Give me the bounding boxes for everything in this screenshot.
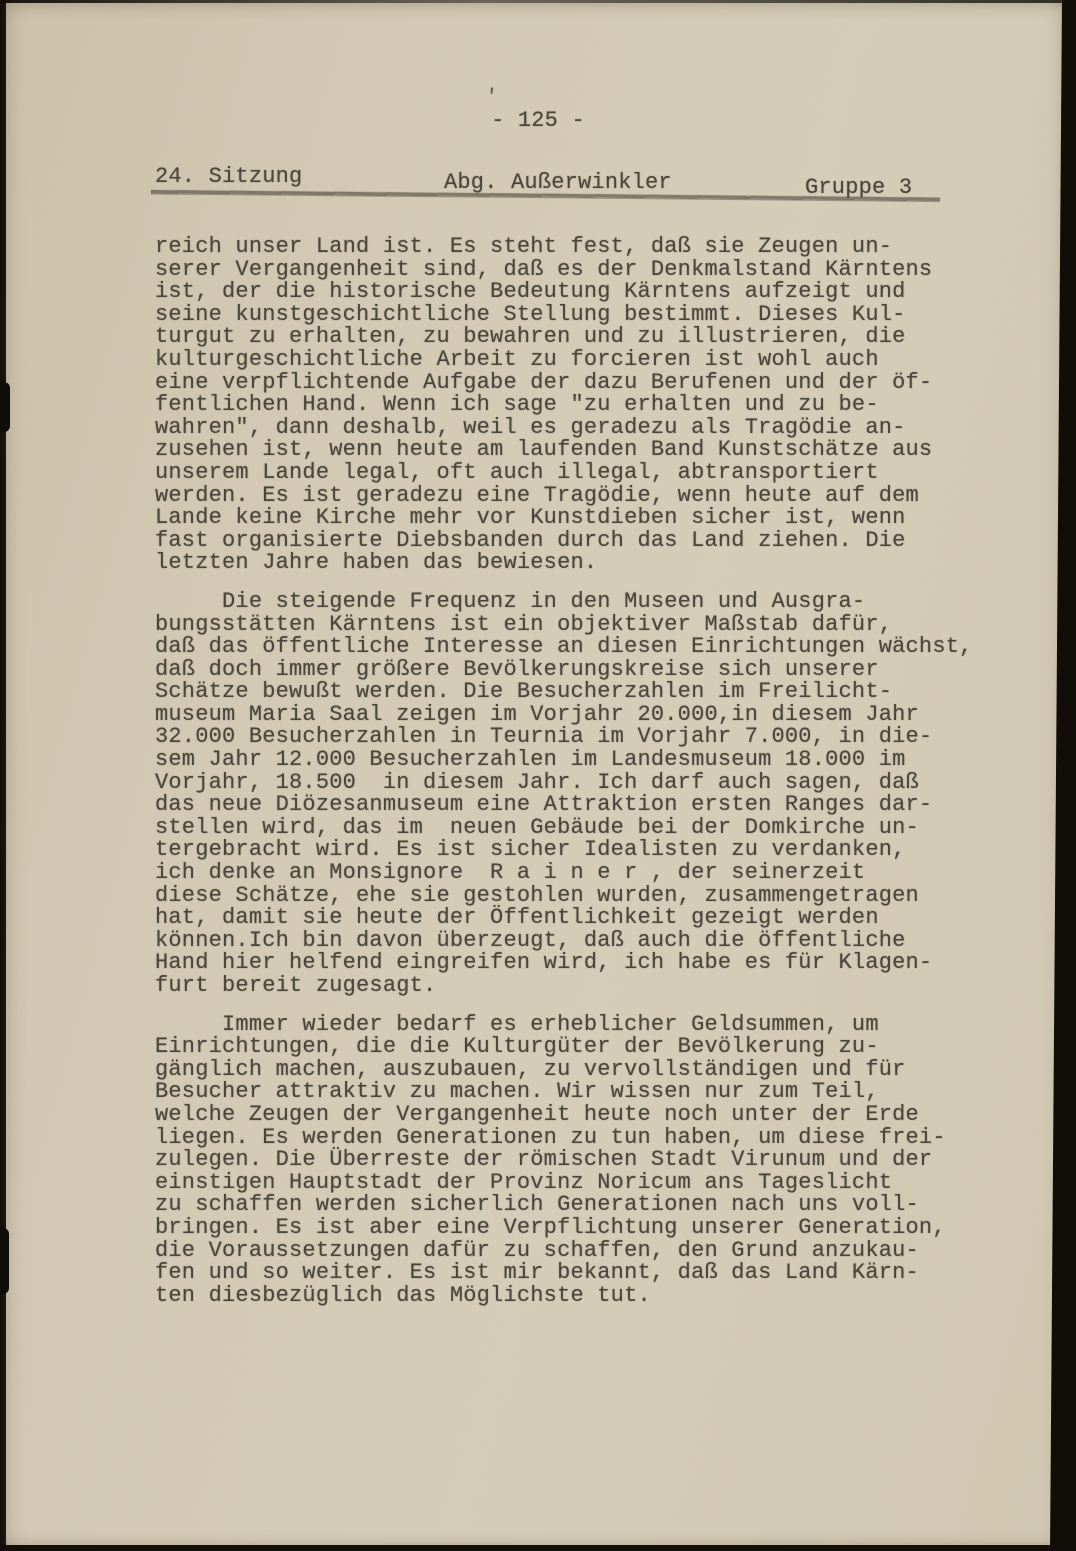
text-line: unserem Lande legal, oft auch illegal, a… [155, 462, 1015, 485]
text-line: das neue Diözesanmuseum eine Attraktion … [155, 794, 1015, 817]
text-line: sem Jahr 12.000 Besucherzahlen im Landes… [155, 749, 1015, 772]
text-line: stellen wird, das im neuen Gebäude bei d… [155, 817, 1015, 840]
text-line: zusehen ist, wenn heute am laufenden Ban… [155, 439, 1015, 462]
stray-ink-mark: ' [484, 85, 498, 109]
text-line: liegen. Es werden Generationen zu tun ha… [155, 1127, 1015, 1150]
text-line: daß doch immer größere Bevölkerungskreis… [155, 659, 1015, 682]
text-line: fentlichen Hand. Wenn ich sage "zu erhal… [155, 394, 1015, 417]
text-line: Einrichtungen, die die Kulturgüter der B… [155, 1036, 1015, 1059]
text-line: diese Schätze, ehe sie gestohlen wurden,… [155, 885, 1015, 908]
edge-blemish [0, 1228, 9, 1294]
text-line: museum Maria Saal zeigen im Vorjahr 20.0… [155, 704, 1015, 727]
text-line: 32.000 Besucherzahlen in Teurnia im Vorj… [155, 726, 1015, 749]
text-line: ich denke an Monsignore R a i n e r , de… [155, 862, 1015, 885]
text-line: zulegen. Die Überreste der römischen Sta… [155, 1149, 1015, 1172]
text-line: Die steigende Frequenz in den Museen und… [155, 591, 1015, 614]
text-line: kulturgeschichtliche Arbeit zu forcieren… [155, 349, 1015, 372]
text-line: serer Vergangenheit sind, daß es der Den… [155, 259, 1015, 282]
text-line: reich unser Land ist. Es steht fest, daß… [155, 236, 1015, 259]
text-line: Immer wieder bedarf es erheblicher Gelds… [155, 1014, 1015, 1037]
paragraph: Die steigende Frequenz in den Museen und… [155, 591, 1015, 998]
text-line: gänglich machen, auszubauen, zu vervolls… [155, 1059, 1015, 1082]
text-line: Besucher attraktiv zu machen. Wir wissen… [155, 1081, 1015, 1104]
text-line: fen und so weiter. Es ist mir bekannt, d… [155, 1262, 1015, 1285]
text-line: fast organisierte Diebsbanden durch das … [155, 530, 1015, 553]
scan-edge-bottom [0, 1545, 1076, 1551]
text-line: hat, damit sie heute der Öffentlichkeit … [155, 907, 1015, 930]
text-line: ten diesbezüglich das Möglichste tut. [155, 1285, 1015, 1308]
page-number: - 125 - [0, 108, 1076, 133]
text-line: ist, der die historische Bedeutung Kärnt… [155, 281, 1015, 304]
header-session-label: 24. Sitzung [155, 164, 302, 189]
text-line: die Voraussetzungen dafür zu schaffen, d… [155, 1240, 1015, 1263]
text-line: bungsstätten Kärntens ist ein objektiver… [155, 614, 1015, 637]
text-line: zu schaffen werden sicherlich Generation… [155, 1194, 1015, 1217]
body-text: reich unser Land ist. Es steht fest, daß… [155, 236, 1015, 1307]
edge-blemish [0, 382, 10, 432]
text-line: Lande keine Kirche mehr vor Kunstdieben … [155, 507, 1015, 530]
text-line: eine verpflichtende Aufgabe der dazu Ber… [155, 372, 1015, 395]
scan-edge-left [0, 0, 6, 1551]
text-line: bringen. Es ist aber eine Verpflichtung … [155, 1217, 1015, 1240]
text-line: turgut zu erhalten, zu bewahren und zu i… [155, 326, 1015, 349]
text-line: letzten Jahre haben das bewiesen. [155, 552, 1015, 575]
text-line: Vorjahr, 18.500 in diesem Jahr. Ich darf… [155, 772, 1015, 795]
text-line: einstigen Hauptstadt der Provinz Noricum… [155, 1172, 1015, 1195]
text-line: Schätze bewußt werden. Die Besucherzahle… [155, 681, 1015, 704]
text-line: Hand hier helfend eingreifen wird, ich h… [155, 952, 1015, 975]
text-line: werden. Es ist geradezu eine Tragödie, w… [155, 485, 1015, 508]
header-speaker-label: Abg. Außerwinkler [444, 170, 672, 195]
scan-edge-top [0, 0, 1076, 3]
text-line: furt bereit zugesagt. [155, 975, 1015, 998]
text-line: daß das öffentliche Interesse an diesen … [155, 636, 1015, 659]
text-line: wahren", dann deshalb, weil es geradezu … [155, 417, 1015, 440]
paragraph: reich unser Land ist. Es steht fest, daß… [155, 236, 1015, 575]
paragraph: Immer wieder bedarf es erheblicher Gelds… [155, 1014, 1015, 1308]
scanned-page: - 125 - ' 24. Sitzung Abg. Außerwinkler … [0, 0, 1076, 1551]
text-line: welche Zeugen der Vergangenheit heute no… [155, 1104, 1015, 1127]
text-line: tergebracht wird. Es ist sicher Idealist… [155, 839, 1015, 862]
text-line: können.Ich bin davon überzeugt, daß auch… [155, 930, 1015, 953]
text-line: seine kunstgeschichtliche Stellung besti… [155, 304, 1015, 327]
